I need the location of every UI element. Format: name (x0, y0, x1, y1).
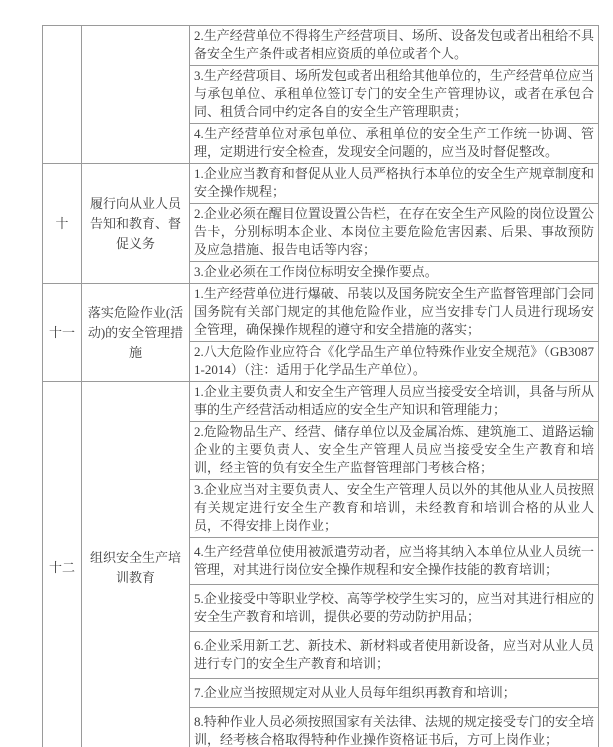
rule-item: 2.企业必须在醒目位置设置公告栏，在存在安全生产风险的岗位设置公告卡，分别标明本… (190, 204, 598, 262)
row-category-cell (82, 26, 190, 164)
rule-item: 1.企业主要负责人和安全生产管理人员应当接受安全培训，具备与所从事的生产经营活动… (190, 382, 598, 422)
row-items-cell: 1.生产经营单位进行爆破、吊装以及国务院安全生产监督管理部门会同国务院有关部门规… (190, 284, 599, 382)
row-items-cell: 1.企业应当教育和督促从业人员严格执行本单位的安全生产规章制度和安全操作规程；2… (190, 164, 599, 284)
rule-item: 4.生产经营单位使用被派遣劳动者，应当将其纳入本单位从业人员统一管理，对其进行岗… (190, 538, 598, 585)
rule-item: 1.企业应当教育和督促从业人员严格执行本单位的安全生产规章制度和安全操作规程； (190, 164, 598, 204)
row-category-cell: 组织安全生产培训教育 (82, 382, 190, 747)
table-row: 十二 组织安全生产培训教育 1.企业主要负责人和安全生产管理人员应当接受安全培训… (43, 382, 599, 747)
row-category-cell: 履行向从业人员告知和教育、督促义务 (82, 164, 190, 284)
rule-item: 3.企业应当对主要负责人、安全生产管理人员以外的其他从业人员按照有关规定进行安全… (190, 480, 598, 538)
row-number-cell: 十二 (43, 382, 82, 747)
rule-item: 2.八大危险作业应符合《化学品生产单位特殊作业安全规范》（GB30871-201… (190, 342, 598, 381)
rule-item: 3.生产经营项目、场所发包或者出租给其他单位的，生产经营单位应当与承包单位、承租… (190, 66, 598, 124)
rule-item: 7.企业应当按照规定对从业人员每年组织再教育和培训； (190, 679, 598, 708)
rule-item: 6.企业采用新工艺、新技术、新材料或者使用新设备，应当对从业人员进行专门的安全生… (190, 632, 598, 679)
row-number-cell: 十一 (43, 284, 82, 382)
rule-item: 2.生产经营单位不得将生产经营项目、场所、设备发包或者出租给不具备安全生产条件或… (190, 26, 598, 66)
safety-rules-table: 2.生产经营单位不得将生产经营项目、场所、设备发包或者出租给不具备安全生产条件或… (42, 25, 599, 747)
row-items-cell: 2.生产经营单位不得将生产经营项目、场所、设备发包或者出租给不具备安全生产条件或… (190, 26, 599, 164)
table-row: 2.生产经营单位不得将生产经营项目、场所、设备发包或者出租给不具备安全生产条件或… (43, 26, 599, 164)
rule-item: 1.生产经营单位进行爆破、吊装以及国务院安全生产监督管理部门会同国务院有关部门规… (190, 284, 598, 342)
rule-item: 8.特种作业人员必须按照国家有关法律、法规的规定接受专门的安全培训，经考核合格取… (190, 708, 598, 747)
table-body: 2.生产经营单位不得将生产经营项目、场所、设备发包或者出租给不具备安全生产条件或… (43, 26, 599, 747)
table-row: 十一 落实危险作业(活动)的安全管理措施 1.生产经营单位进行爆破、吊装以及国务… (43, 284, 599, 382)
rule-item: 3.企业必须在工作岗位标明安全操作要点。 (190, 262, 598, 283)
row-number-cell: 十 (43, 164, 82, 284)
rule-item: 2.危险物品生产、经营、储存单位以及金属冶炼、建筑施工、道路运输企业的主要负责人… (190, 422, 598, 480)
row-number-cell (43, 26, 82, 164)
row-items-cell: 1.企业主要负责人和安全生产管理人员应当接受安全培训，具备与所从事的生产经营活动… (190, 382, 599, 747)
table-row: 十 履行向从业人员告知和教育、督促义务 1.企业应当教育和督促从业人员严格执行本… (43, 164, 599, 284)
row-category-cell: 落实危险作业(活动)的安全管理措施 (82, 284, 190, 382)
rule-item: 4.生产经营单位对承包单位、承租单位的安全生产工作统一协调、管理，定期进行安全检… (190, 124, 598, 163)
document-page: 2.生产经营单位不得将生产经营项目、场所、设备发包或者出租给不具备安全生产条件或… (0, 0, 613, 747)
rule-item: 5.企业接受中等职业学校、高等学校学生实习的，应当对其进行相应的安全生产教育和培… (190, 585, 598, 632)
